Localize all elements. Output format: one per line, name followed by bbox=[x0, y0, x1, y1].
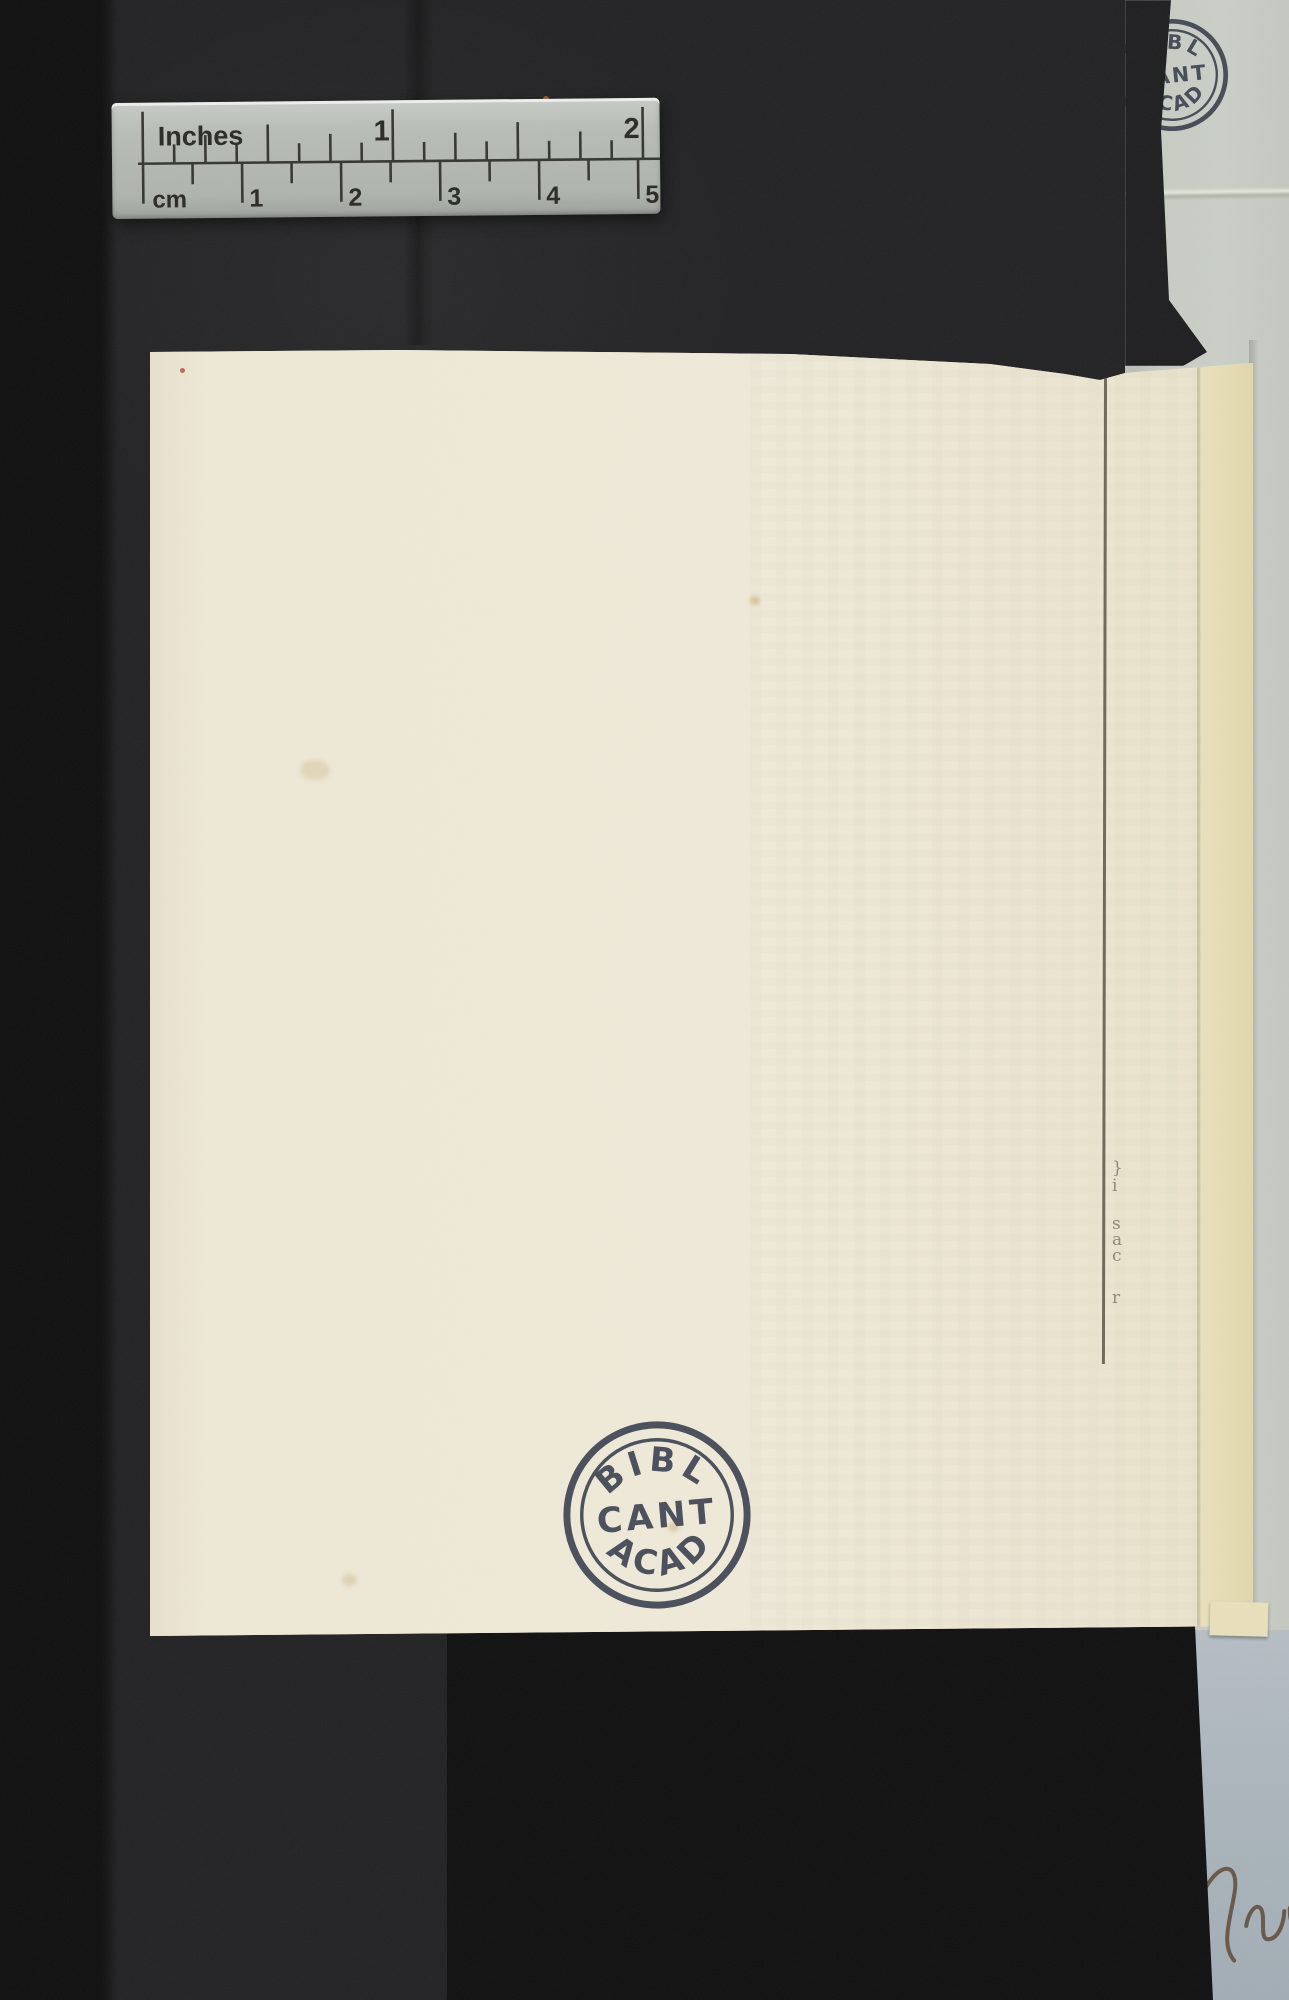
folded-edge-tab bbox=[1210, 1601, 1269, 1637]
ruler-inches-label: Inches bbox=[158, 121, 244, 152]
paper-stain bbox=[750, 596, 760, 605]
ruler-cm-4: 4 bbox=[546, 182, 560, 210]
ink-showthrough-texture bbox=[750, 338, 1200, 1638]
column-fragment-glyph: c bbox=[1112, 1246, 1142, 1266]
library-stamp: BIBL CANT ACAD bbox=[558, 1416, 756, 1614]
photograph-of-archival-newspaper-clipping: BIBL CANT ACAD hasty plates of soup whic… bbox=[0, 0, 1289, 2000]
paper-stain bbox=[342, 1574, 357, 1586]
paper-stain bbox=[180, 368, 185, 373]
column-fragment-glyph: i bbox=[1112, 1176, 1142, 1196]
ruler-cm-5: 5 bbox=[645, 181, 659, 209]
newspaper-clipping-page: hasty plates of soup which is the way to… bbox=[150, 338, 1253, 1638]
folded-page-edge bbox=[1197, 338, 1253, 1638]
column-fragment-glyph: } bbox=[1112, 1158, 1142, 1178]
ruler-cm-3: 3 bbox=[447, 183, 461, 211]
ruler-cm-1: 1 bbox=[249, 185, 263, 213]
measurement-ruler: Inches 1 2 cm 1 2 3 4 5 bbox=[111, 98, 660, 219]
ruler-inch-1: 1 bbox=[373, 115, 389, 147]
ruler-inch-2: 2 bbox=[623, 113, 639, 145]
ruler-cm-label: cm bbox=[152, 186, 187, 213]
column-fragment-glyph: r bbox=[1112, 1288, 1142, 1308]
print-line: Congress closes to-day, and, as usual, I… bbox=[420, 670, 454, 697]
ruler-cm-2: 2 bbox=[348, 184, 362, 212]
paper-stain bbox=[300, 760, 330, 780]
left-shadow-strip bbox=[0, 0, 118, 2000]
ruler-scale: Inches 1 2 cm 1 2 3 4 5 bbox=[111, 98, 660, 219]
velvet-spine-shadow bbox=[447, 1626, 1213, 2000]
